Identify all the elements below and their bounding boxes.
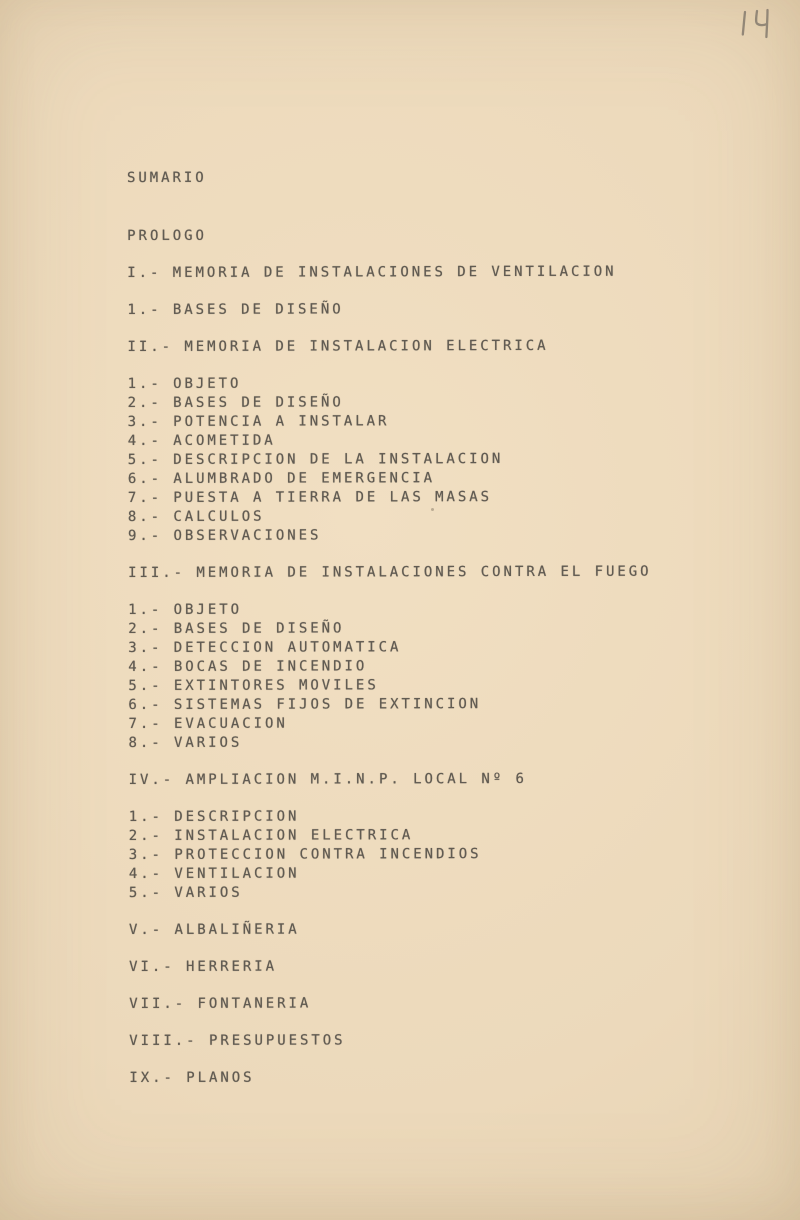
toc-block-section-7: VII.- FONTANERIA [129,993,749,1014]
toc-line: PROLOGO [127,225,747,246]
page-title: SUMARIO [127,168,747,189]
toc-line: 9.- OBSERVACIONES [128,525,748,546]
toc-line: 8.- CALCULOS [128,506,748,527]
toc-line: 7.- PUESTA A TIERRA DE LAS MASAS [128,487,748,508]
toc-line: 4.- BOCAS DE INCENDIO [128,656,748,677]
toc-line: 1.- DESCRIPCION [129,806,749,827]
toc-line: 5.- VARIOS [129,882,749,903]
pencil-numeral-14-icon [732,6,778,42]
toc-line: VIII.- PRESUPUESTOS [129,1030,749,1051]
toc-line: II.- MEMORIA DE INSTALACION ELECTRICA [127,336,747,357]
toc-line: 2.- BASES DE DISEÑO [128,392,748,413]
toc-line: V.- ALBALIÑERIA [129,919,749,940]
toc-block-section-1: I.- MEMORIA DE INSTALACIONES DE VENTILAC… [127,262,747,283]
toc-line: III.- MEMORIA DE INSTALACIONES CONTRA EL… [128,562,748,583]
toc-line: 4.- VENTILACION [129,863,749,884]
toc-line: 3.- PROTECCION CONTRA INCENDIOS [129,844,749,865]
toc-line: 3.- DETECCION AUTOMATICA [128,637,748,658]
toc-block-section-9: IX.- PLANOS [129,1067,749,1088]
toc-content: SUMARIO PROLOGO I.- MEMORIA DE INSTALACI… [127,168,749,1106]
toc-block-section-3-items: 1.- OBJETO 2.- BASES DE DISEÑO 3.- DETEC… [128,599,748,753]
toc-line: 5.- EXTINTORES MOVILES [128,675,748,696]
toc-block-section-5: V.- ALBALIÑERIA [129,919,749,940]
toc-line: IV.- AMPLIACION M.I.N.P. LOCAL Nº 6 [129,769,749,790]
toc-line: 5.- DESCRIPCION DE LA INSTALACION [128,449,748,470]
toc-line: I.- MEMORIA DE INSTALACIONES DE VENTILAC… [127,262,747,283]
toc-line: 6.- SISTEMAS FIJOS DE EXTINCION [128,694,748,715]
toc-block-section-2-items: 1.- OBJETO 2.- BASES DE DISEÑO 3.- POTEN… [128,373,748,546]
toc-line: VII.- FONTANERIA [129,993,749,1014]
toc-block-section-4-items: 1.- DESCRIPCION 2.- INSTALACION ELECTRIC… [129,806,749,903]
toc-line: 2.- INSTALACION ELECTRICA [129,825,749,846]
toc-block-section-3: III.- MEMORIA DE INSTALACIONES CONTRA EL… [128,562,748,583]
ink-speck [431,508,434,511]
toc-block-prologo: PROLOGO [127,225,747,246]
toc-line: 1.- BASES DE DISEÑO [127,299,747,320]
toc-line: 8.- VARIOS [128,732,748,753]
toc-block-section-1-items: 1.- BASES DE DISEÑO [127,299,747,320]
toc-line: 6.- ALUMBRADO DE EMERGENCIA [128,468,748,489]
toc-line: 7.- EVACUACION [128,713,748,734]
toc-line: 3.- POTENCIA A INSTALAR [128,411,748,432]
handwritten-page-number [732,6,778,42]
toc-block-section-6: VI.- HERRERIA [129,956,749,977]
toc-line: VI.- HERRERIA [129,956,749,977]
toc-line: 4.- ACOMETIDA [128,430,748,451]
toc-block-section-8: VIII.- PRESUPUESTOS [129,1030,749,1051]
toc-line: 1.- OBJETO [128,373,748,394]
toc-line: 1.- OBJETO [128,599,748,620]
toc-block-section-4: IV.- AMPLIACION M.I.N.P. LOCAL Nº 6 [129,769,749,790]
toc-line: IX.- PLANOS [129,1067,749,1088]
toc-line: 2.- BASES DE DISEÑO [128,618,748,639]
toc-block-section-2: II.- MEMORIA DE INSTALACION ELECTRICA [127,336,747,357]
